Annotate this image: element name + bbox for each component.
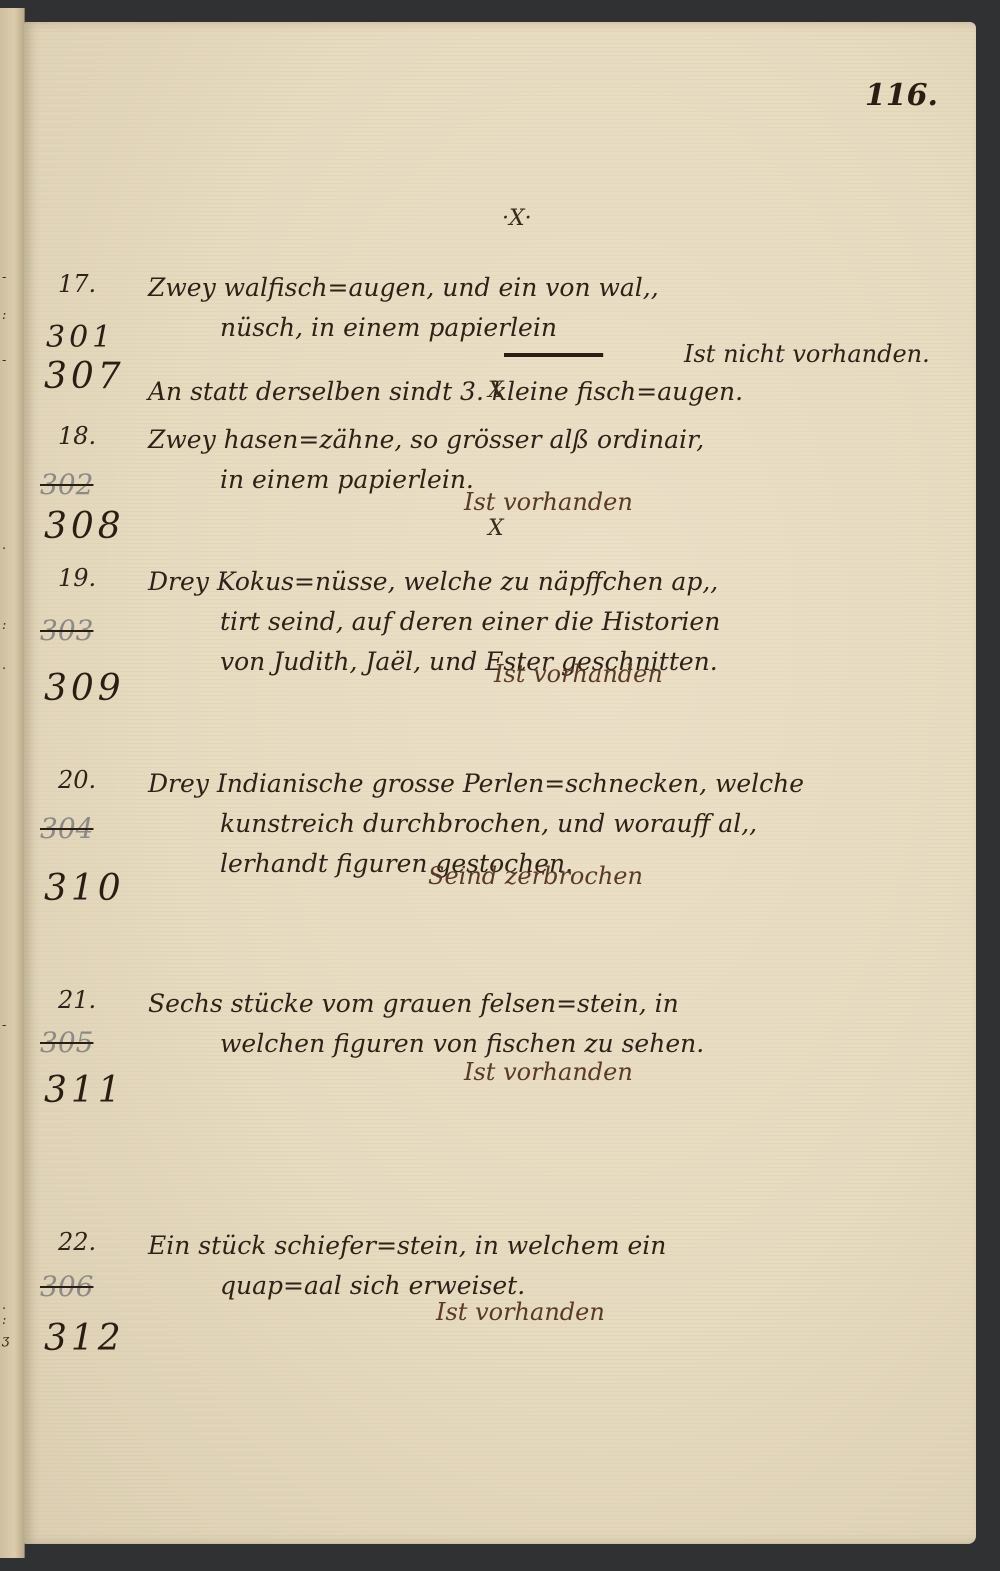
entry-line: Sechs stücke vom grauen felsen=stein, in xyxy=(148,984,936,1024)
old-inventory-number: 304 xyxy=(40,812,93,845)
old-inventory-number: 303 xyxy=(40,614,93,647)
entry-line: Drey Kokus=nüsse, welche zu näpffchen ap… xyxy=(148,562,936,602)
new-inventory-number: 311 xyxy=(44,1070,125,1111)
entry-number: 19. xyxy=(58,564,96,592)
entry-line: tirt seind, auf deren einer die Historie… xyxy=(148,602,936,642)
margin-fragment: . xyxy=(2,658,6,673)
old-inventory-number: 301 xyxy=(46,320,115,355)
status-note: Ist vorhanden xyxy=(436,1298,605,1326)
entry-marker: X xyxy=(488,516,504,541)
old-inventory-number: 305 xyxy=(40,1026,93,1059)
status-note: Ist vorhanden xyxy=(464,488,633,516)
entry-marker: X xyxy=(488,378,504,403)
entry-number: 18. xyxy=(58,422,96,450)
entry-line: Ein stück schiefer=stein, in welchem ein xyxy=(148,1226,936,1266)
status-note: Ist nicht vorhanden. xyxy=(684,340,930,368)
entry-number: 22. xyxy=(58,1228,96,1256)
status-note: Ist vorhanden xyxy=(494,660,663,688)
manuscript-page: 116. ·X· 17. 301 307 Zwey walfisch=augen… xyxy=(24,22,976,1544)
entry-description: Sechs stücke vom grauen felsen=stein, in… xyxy=(148,984,936,1064)
new-inventory-number: 310 xyxy=(44,868,125,909)
margin-fragment: - xyxy=(2,1018,6,1033)
entry-marker: ·X· xyxy=(502,206,532,231)
status-note: Seind zerbrochen xyxy=(428,862,643,890)
margin-fragment: : xyxy=(2,308,6,323)
entry-line: kunstreich durchbrochen, und worauff al,… xyxy=(148,804,936,844)
entry-description: Zwey walfisch=augen, und ein von wal,, n… xyxy=(148,268,936,348)
margin-fragment: . xyxy=(2,1298,6,1313)
margin-fragment: : xyxy=(2,1313,6,1328)
entry-number: 17. xyxy=(58,270,96,298)
new-inventory-number: 307 xyxy=(44,356,125,397)
entry-number: 20. xyxy=(58,766,96,794)
old-inventory-number: 306 xyxy=(40,1270,93,1303)
folio-number: 116. xyxy=(865,78,938,113)
facing-page-edge: - : - . : . - . : ʒ xyxy=(0,8,25,1558)
correction-note: An statt derselben sindt 3. kleine fisch… xyxy=(148,372,936,412)
struck-annotation xyxy=(504,340,603,368)
margin-fragment: - xyxy=(2,270,6,285)
margin-fragment: - xyxy=(2,353,6,368)
old-inventory-number: 302 xyxy=(40,468,93,501)
entry-number: 21. xyxy=(58,986,96,1014)
margin-fragment: : xyxy=(2,618,6,633)
entry-line: Zwey walfisch=augen, und ein von wal,, xyxy=(148,268,936,308)
status-note: Ist vorhanden xyxy=(464,1058,633,1086)
margin-fragment: ʒ xyxy=(2,1333,9,1348)
entry-line: Drey Indianische grosse Perlen=schnecken… xyxy=(148,764,936,804)
new-inventory-number: 308 xyxy=(44,506,125,547)
entry-description: Ein stück schiefer=stein, in welchem ein… xyxy=(148,1226,936,1306)
correction-line: An statt derselben sindt 3. kleine fisch… xyxy=(148,372,936,412)
entry-line: Zwey hasen=zähne, so grösser alß ordinai… xyxy=(148,420,936,460)
new-inventory-number: 312 xyxy=(44,1318,125,1359)
margin-fragment: . xyxy=(2,538,6,553)
new-inventory-number: 309 xyxy=(44,668,125,709)
